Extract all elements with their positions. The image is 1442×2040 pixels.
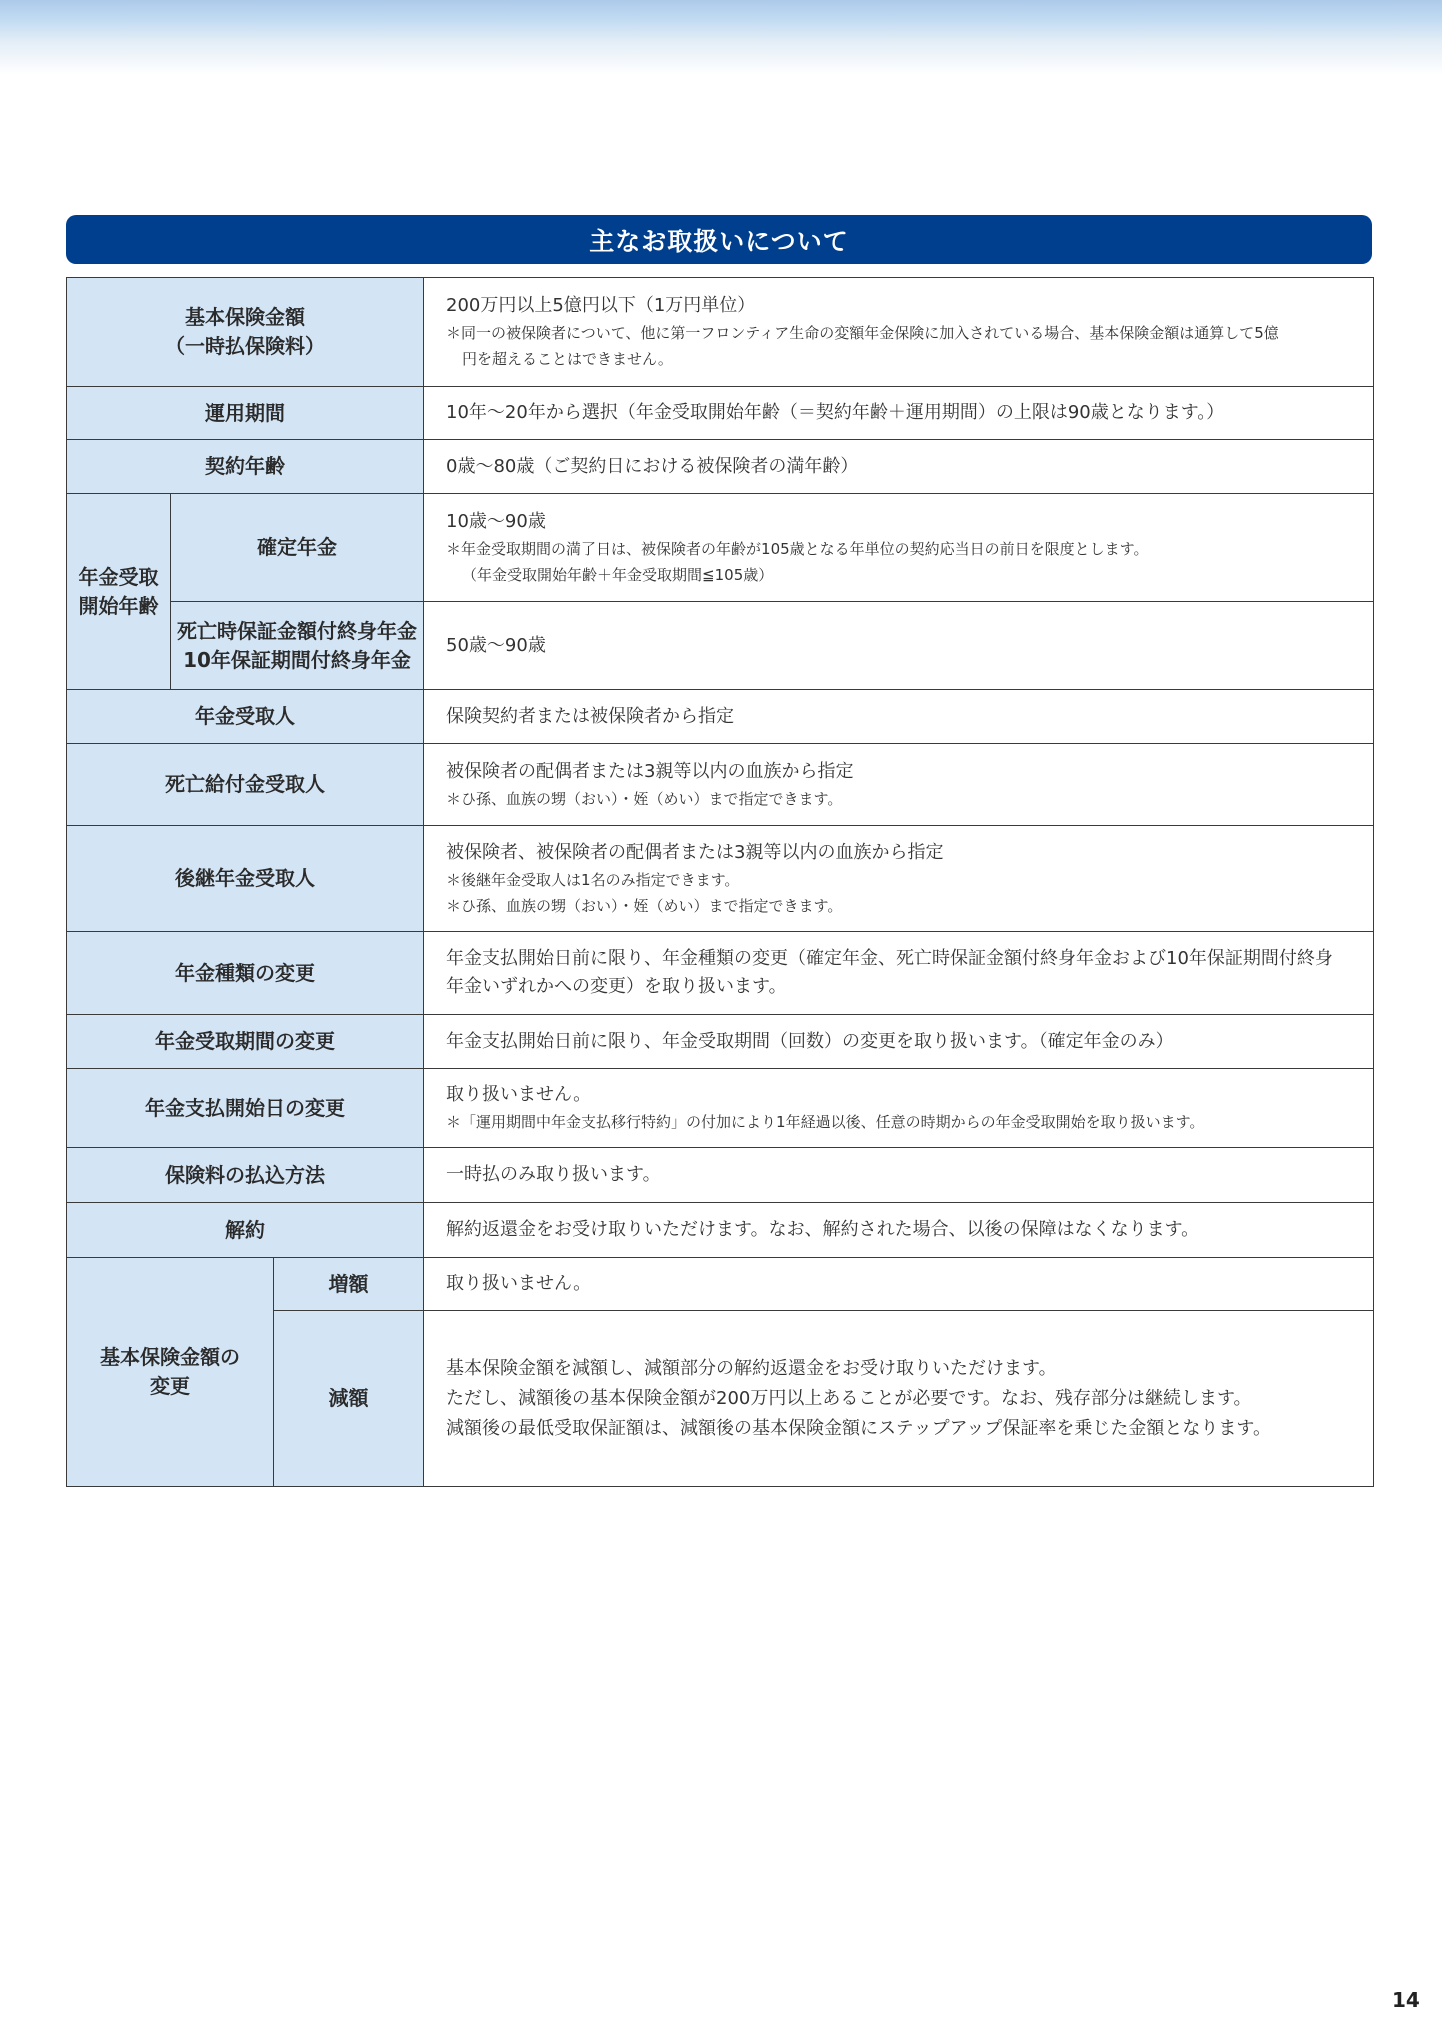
page-number: 14 xyxy=(1392,1988,1420,2012)
row-label-base-amount: 基本保険金額 （一時払保険料） xyxy=(67,278,424,387)
table-row: 後継年金受取人 被保険者、被保険者の配偶者または3親等以内の血族から指定 ＊後継… xyxy=(67,826,1374,932)
table-row: 保険料の払込方法 一時払のみ取り扱います。 xyxy=(67,1148,1374,1203)
row-value-fixed-annuity: 10歳〜90歳 ＊年金受取期間の満了日は、被保険者の年齢が105歳となる年単位の… xyxy=(424,494,1374,602)
table-row: 基本保険金額 （一時払保険料） 200万円以上5億円以下（1万円単位） ＊同一の… xyxy=(67,278,1374,387)
row-label-start-date-change: 年金支払開始日の変更 xyxy=(67,1069,424,1148)
note-text: ＊「運用期間中年金支払移行特約」の付加により1年経過以後、任意の時期からの年金受… xyxy=(446,1109,1373,1135)
row-label-amount-change: 基本保険金額の 変更 xyxy=(67,1258,274,1487)
label-line: 基本保険金額の xyxy=(67,1343,273,1372)
value-text: 10歳〜90歳 xyxy=(446,508,1373,536)
note-text: ＊ひ孫、血族の甥（おい）・姪（めい）まで指定できます。 xyxy=(446,786,1373,812)
table-row: 年金受取人 保険契約者または被保険者から指定 xyxy=(67,690,1374,744)
table-row: 死亡給付金受取人 被保険者の配偶者または3親等以内の血族から指定 ＊ひ孫、血族の… xyxy=(67,744,1374,826)
table-row: 死亡時保証金額付終身年金 10年保証期間付終身年金 50歳〜90歳 xyxy=(67,602,1374,690)
value-text: 年金いずれかへの変更）を取り扱います。 xyxy=(446,973,1373,1001)
row-value-annuity-type-change: 年金支払開始日前に限り、年金種類の変更（確定年金、死亡時保証金額付終身年金および… xyxy=(424,932,1374,1015)
note-text: ＊同一の被保険者について、他に第一フロンティア生命の変額年金保険に加入されている… xyxy=(446,320,1373,346)
row-label-annuity-type-change: 年金種類の変更 xyxy=(67,932,424,1015)
label-line: 年金受取 xyxy=(67,563,170,592)
label-line: 開始年齢 xyxy=(67,592,170,621)
label-line: 変更 xyxy=(67,1372,273,1401)
section-title-bar: 主なお取扱いについて xyxy=(66,215,1372,264)
note-text: ＊後継年金受取人は1名のみ指定できます。 xyxy=(446,867,1373,893)
row-label-annuity-recipient: 年金受取人 xyxy=(67,690,424,744)
note-text: 円を超えることはできません。 xyxy=(446,346,1373,372)
row-value-payment-method: 一時払のみ取り扱います。 xyxy=(424,1148,1374,1203)
table-row: 運用期間 10年〜20年から選択（年金受取開始年齢（＝契約年齢＋運用期間）の上限… xyxy=(67,387,1374,440)
table-row: 年金受取 開始年齢 確定年金 10歳〜90歳 ＊年金受取期間の満了日は、被保険者… xyxy=(67,494,1374,602)
value-text: 被保険者の配偶者または3親等以内の血族から指定 xyxy=(446,758,1373,786)
row-value-period-change: 年金支払開始日前に限り、年金受取期間（回数）の変更を取り扱います。（確定年金のみ… xyxy=(424,1015,1374,1069)
value-text: 被保険者、被保険者の配偶者または3親等以内の血族から指定 xyxy=(446,839,1373,867)
row-label-cancellation: 解約 xyxy=(67,1203,424,1258)
handling-table: 基本保険金額 （一時払保険料） 200万円以上5億円以下（1万円単位） ＊同一の… xyxy=(66,277,1374,1487)
sub-label-fixed-annuity: 確定年金 xyxy=(171,494,424,602)
table-row: 基本保険金額の 変更 増額 取り扱いません。 xyxy=(67,1258,1374,1311)
table-row: 年金種類の変更 年金支払開始日前に限り、年金種類の変更（確定年金、死亡時保証金額… xyxy=(67,932,1374,1015)
table-row: 解約 解約返還金をお受け取りいただけます。なお、解約された場合、以後の保障はなく… xyxy=(67,1203,1374,1258)
row-value-increase: 取り扱いません。 xyxy=(424,1258,1374,1311)
row-label-investment-period: 運用期間 xyxy=(67,387,424,440)
table-row: 年金受取期間の変更 年金支払開始日前に限り、年金受取期間（回数）の変更を取り扱い… xyxy=(67,1015,1374,1069)
label-line: 死亡時保証金額付終身年金 xyxy=(171,617,423,646)
value-text: 取り扱いません。 xyxy=(446,1081,1373,1109)
note-text: （年金受取開始年齢＋年金受取期間≦105歳） xyxy=(446,562,1373,588)
value-text: 基本保険金額を減額し、減額部分の解約返還金をお受け取りいただけます。 xyxy=(446,1354,1373,1384)
note-text: ＊ひ孫、血族の甥（おい）・姪（めい）まで指定できます。 xyxy=(446,893,1373,919)
row-value-decrease: 基本保険金額を減額し、減額部分の解約返還金をお受け取りいただけます。 ただし、減… xyxy=(424,1311,1374,1487)
value-text: ただし、減額後の基本保険金額が200万円以上あることが必要です。なお、残存部分は… xyxy=(446,1384,1373,1414)
row-value-contract-age: 0歳〜80歳（ご契約日における被保険者の満年齢） xyxy=(424,440,1374,494)
value-text: 減額後の最低受取保証額は、減額後の基本保険金額にステップアップ保証率を乗じた金額… xyxy=(446,1414,1373,1444)
row-value-annuity-recipient: 保険契約者または被保険者から指定 xyxy=(424,690,1374,744)
value-text: 年金支払開始日前に限り、年金種類の変更（確定年金、死亡時保証金額付終身年金および… xyxy=(446,945,1373,973)
note-text: ＊年金受取期間の満了日は、被保険者の年齢が105歳となる年単位の契約応当日の前日… xyxy=(446,536,1373,562)
label-line: （一時払保険料） xyxy=(67,332,423,361)
section-title: 主なお取扱いについて xyxy=(589,222,849,258)
table-row: 契約年齢 0歳〜80歳（ご契約日における被保険者の満年齢） xyxy=(67,440,1374,494)
sub-label-decrease: 減額 xyxy=(274,1311,424,1487)
value-text: 200万円以上5億円以下（1万円単位） xyxy=(446,292,1373,320)
row-label-period-change: 年金受取期間の変更 xyxy=(67,1015,424,1069)
row-label-contract-age: 契約年齢 xyxy=(67,440,424,494)
row-label-annuity-start-age: 年金受取 開始年齢 xyxy=(67,494,171,690)
top-gradient-band xyxy=(0,0,1442,75)
row-label-death-benefit-recipient: 死亡給付金受取人 xyxy=(67,744,424,826)
label-line: 10年保証期間付終身年金 xyxy=(171,646,423,675)
row-value-base-amount: 200万円以上5億円以下（1万円単位） ＊同一の被保険者について、他に第一フロン… xyxy=(424,278,1374,387)
table-row: 年金支払開始日の変更 取り扱いません。 ＊「運用期間中年金支払移行特約」の付加に… xyxy=(67,1069,1374,1148)
row-value-start-date-change: 取り扱いません。 ＊「運用期間中年金支払移行特約」の付加により1年経過以後、任意… xyxy=(424,1069,1374,1148)
row-label-payment-method: 保険料の払込方法 xyxy=(67,1148,424,1203)
sub-label-lifetime-annuity: 死亡時保証金額付終身年金 10年保証期間付終身年金 xyxy=(171,602,424,690)
row-label-successor-recipient: 後継年金受取人 xyxy=(67,826,424,932)
row-value-cancellation: 解約返還金をお受け取りいただけます。なお、解約された場合、以後の保障はなくなりま… xyxy=(424,1203,1374,1258)
label-line: 基本保険金額 xyxy=(67,303,423,332)
row-value-investment-period: 10年〜20年から選択（年金受取開始年齢（＝契約年齢＋運用期間）の上限は90歳と… xyxy=(424,387,1374,440)
row-value-successor-recipient: 被保険者、被保険者の配偶者または3親等以内の血族から指定 ＊後継年金受取人は1名… xyxy=(424,826,1374,932)
sub-label-increase: 増額 xyxy=(274,1258,424,1311)
row-value-death-benefit-recipient: 被保険者の配偶者または3親等以内の血族から指定 ＊ひ孫、血族の甥（おい）・姪（め… xyxy=(424,744,1374,826)
row-value-lifetime-annuity: 50歳〜90歳 xyxy=(424,602,1374,690)
